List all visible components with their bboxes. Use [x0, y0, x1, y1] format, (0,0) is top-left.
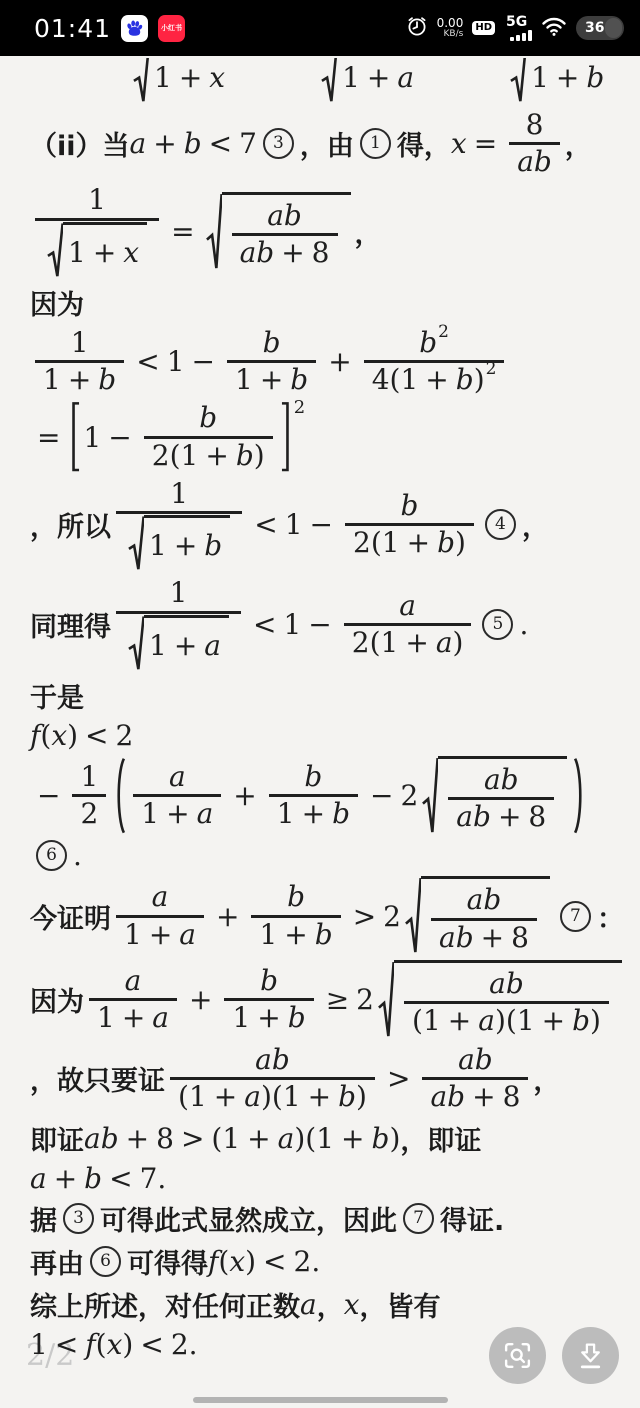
circled-number-3: 3: [63, 1203, 94, 1234]
formula-line: ，所以11+b<1−b2(1+b)4，: [0, 477, 640, 573]
network-speed: 0.00 KB/s: [437, 17, 464, 39]
math-expression: −: [30, 779, 67, 812]
math-expression: 1+a: [97, 1002, 169, 1034]
text-run: 可得得: [127, 1242, 208, 1281]
denominator: 2: [72, 794, 106, 831]
denominator: 2(1+b): [144, 436, 273, 473]
radical-sign: [510, 58, 526, 103]
circled-number-7: 7: [403, 1203, 434, 1234]
fraction: abab+8: [431, 883, 537, 954]
math-expression: .: [73, 839, 82, 872]
square-root: abab+8: [206, 192, 351, 271]
fraction: b1+b: [251, 880, 340, 951]
numerator: ab: [476, 763, 527, 797]
text-run: ：: [597, 897, 624, 936]
alarm-icon: [406, 15, 428, 41]
numerator: ab: [459, 883, 510, 917]
fraction: a1+a: [116, 880, 204, 951]
formula-line: （ii）当a+b<73，由1得，x=8ab，: [0, 108, 640, 179]
cellular-signal: 5G: [504, 15, 532, 41]
square-root: 1+a: [128, 615, 229, 671]
math-expression: .: [519, 608, 528, 641]
math-expression: 1+b: [531, 62, 604, 94]
paren-group: a1+a+b1+b−2abab+8: [114, 756, 585, 835]
denominator: ab: [509, 142, 560, 179]
denominator: ab+8: [232, 233, 338, 270]
math-expression: ab+8: [439, 922, 529, 954]
math-expression: ab: [255, 1044, 290, 1076]
text-run: 综上所述，对任何正数: [30, 1285, 300, 1324]
math-expression: <1−: [246, 608, 339, 641]
math-expression: a: [125, 965, 142, 997]
denominator: 1+b: [251, 915, 340, 952]
numerator: 8: [518, 108, 552, 142]
denominator: 1+b: [227, 360, 316, 397]
math-expression: a+b<7.: [30, 1162, 166, 1195]
math-expression: a+b<7: [130, 127, 257, 160]
document-image-area[interactable]: 2/2 11+x11+a11+b（ii）当a+b<73，由1得，x=8ab，11…: [0, 56, 640, 1408]
math-expression: ab+8>(1+a)(1+b): [84, 1122, 400, 1155]
math-expression: a: [152, 881, 169, 913]
numerator: b: [252, 964, 286, 998]
status-bar-left: 01:41 小红书: [0, 14, 185, 43]
numerator: 1: [80, 183, 114, 217]
fraction: 12: [72, 760, 106, 831]
radical-sign: [128, 515, 144, 571]
math-expression: ab: [517, 146, 552, 178]
math-expression: f(x)<2: [30, 719, 133, 752]
battery-level-cap: [605, 18, 622, 38]
math-expression: ab: [458, 1044, 493, 1076]
radicand: 1+x: [149, 58, 233, 103]
denominator: 2(1+b): [345, 523, 474, 560]
numerator: 1: [63, 326, 97, 360]
exponent: 2: [486, 360, 497, 380]
math-expression: b: [419, 327, 437, 359]
phone-screen: 01:41 小红书: [0, 0, 640, 1408]
math-expression: b: [401, 490, 419, 522]
math-expression: (1+a)(1+b): [178, 1081, 367, 1113]
math-expression: b: [287, 881, 305, 913]
math-expression: +: [321, 345, 358, 378]
radicand: abab+8: [421, 876, 550, 955]
circled-number-5: 5: [482, 609, 513, 640]
radical-sign: [206, 192, 222, 271]
formula-line: 同理得11+a<1−a2(1+a)5.: [0, 576, 640, 672]
fraction: 11+x: [35, 183, 159, 279]
math-expression: 1: [88, 184, 106, 216]
math-expression: <1−: [247, 508, 340, 541]
baidu-app-icon: [121, 15, 148, 42]
radical-sign: [128, 615, 144, 671]
numerator: 1: [72, 760, 106, 794]
formula-line: 今证明a1+a+b1+b>2abab+87：: [0, 876, 640, 955]
radical-sign: [47, 222, 63, 278]
denominator: 1+b: [224, 998, 313, 1035]
math-expression: 1+b: [277, 798, 350, 830]
formula-line: 11+x=abab+8，: [0, 183, 640, 279]
image-search-button[interactable]: [489, 1327, 546, 1384]
math-expression: x=: [451, 127, 504, 160]
math-expression: 1+b: [149, 530, 222, 562]
square-root: 1+b: [128, 515, 230, 571]
baidu-paw-icon: [125, 19, 144, 38]
math-expression: b: [263, 327, 281, 359]
math-expression: a: [300, 1288, 317, 1321]
xiaohongshu-app-icon: 小红书: [158, 15, 185, 42]
math-expression: 1−: [83, 421, 138, 454]
math-expression: ab: [489, 968, 524, 1000]
battery-percent: 36: [585, 20, 604, 36]
math-expression: 1: [170, 577, 188, 609]
fraction: 11+b: [498, 58, 624, 104]
denominator: 1+x: [121, 58, 245, 104]
math-expression: 1+x: [68, 237, 139, 269]
formula-line: 因为a1+a+b1+b≥2ab(1+a)(1+b): [0, 960, 640, 1039]
radicand: abab+8: [438, 756, 567, 835]
radical-sign: [378, 960, 394, 1039]
status-bar-right: 0.00 KB/s HD 5G 36: [406, 15, 640, 41]
fraction: ab(1+a)(1+b): [170, 1043, 375, 1114]
text-run: 因为: [30, 980, 84, 1019]
home-indicator[interactable]: [193, 1397, 448, 1403]
fraction: ab(1+a)(1+b): [404, 967, 609, 1038]
fraction: b2(1+b): [144, 401, 273, 472]
math-expression: ab+8: [456, 801, 546, 833]
denominator: ab+8: [422, 1077, 528, 1114]
square-root: 1+x: [47, 222, 147, 278]
math-expression: 1+a: [124, 919, 196, 951]
math-expression: 1+a: [141, 798, 213, 830]
formula-line: 据3可得此式显然成立，因此7得证.: [0, 1199, 640, 1238]
formula-line: 因为: [0, 283, 640, 322]
math-expression: >2: [346, 900, 401, 933]
fraction: b24(1+b)2: [364, 326, 505, 397]
text-run: 可得此式显然成立，因此: [100, 1199, 397, 1238]
math-expression: 1+b: [259, 919, 332, 951]
text-run: ，: [522, 505, 549, 544]
formula-line: 综上所述，对任何正数a，x，皆有: [0, 1285, 640, 1324]
circled-number-6: 6: [90, 1246, 121, 1277]
math-expression: 2: [80, 798, 98, 830]
numerator: a: [117, 964, 150, 998]
radicand: 1+b: [526, 58, 612, 103]
formula-line: ，故只要证ab(1+a)(1+b)>abab+8，: [0, 1043, 640, 1114]
text-run: ，: [317, 1285, 344, 1324]
math-expression: 1: [71, 327, 89, 359]
formula-line: 6.: [0, 839, 640, 872]
math-expression: ≥2: [319, 983, 374, 1016]
numerator: a: [391, 589, 424, 623]
math-expression: =: [164, 215, 201, 248]
numerator: b: [255, 326, 289, 360]
radicand: 1+b: [144, 515, 230, 571]
numerator: ab: [247, 1043, 298, 1077]
formula-line: −12a1+a+b1+b−2abab+8: [0, 756, 640, 835]
denominator: 1+a: [309, 58, 434, 104]
radicand: ab(1+a)(1+b): [394, 960, 622, 1039]
math-expression: 2(1+a): [352, 627, 464, 659]
math-expression: 2(1+b): [353, 527, 466, 559]
circled-number-7: 7: [560, 901, 591, 932]
denominator: 2(1+a): [344, 623, 472, 660]
radicand: 1+x: [63, 222, 147, 278]
math-expression: 1+a: [342, 62, 414, 94]
math-expression: a: [399, 590, 416, 622]
fraction: 11+x: [121, 58, 245, 104]
fraction: 8ab: [509, 108, 560, 179]
text-run: 同理得: [30, 605, 111, 644]
math-expression: 1+b: [43, 364, 116, 396]
fraction: b1+b: [227, 326, 316, 397]
denominator: 1+a: [89, 998, 177, 1035]
denominator: ab+8: [448, 797, 554, 834]
square-root: 1+b: [510, 58, 612, 103]
text-run: ，: [533, 1059, 560, 1098]
math-expression: b: [304, 761, 322, 793]
numerator: ab: [450, 1043, 501, 1077]
math-expression: a: [169, 761, 186, 793]
fraction: abab+8: [448, 763, 554, 834]
denominator: ab+8: [431, 918, 537, 955]
math-expression: 1: [80, 761, 98, 793]
math-expression: −2: [363, 779, 418, 812]
text-run: ，: [355, 212, 382, 251]
math-expression: <1−: [129, 345, 222, 378]
math-expression: 1<f(x)<2.: [30, 1328, 198, 1361]
bracket-group: 1−b2(1+b): [70, 401, 290, 472]
math-expression: +: [209, 900, 246, 933]
signal-bars-icon: [510, 30, 532, 41]
math-expression: +: [182, 983, 219, 1016]
math-expression: 1+a: [149, 630, 221, 662]
denominator: 1+a: [116, 915, 204, 952]
circled-number-6: 6: [36, 840, 67, 871]
right-bracket: [280, 401, 291, 472]
square-root: ab(1+a)(1+b): [378, 960, 622, 1039]
square-root: abab+8: [422, 756, 567, 835]
formula-line: f(x)<2: [0, 719, 640, 752]
image-search-icon: [502, 1340, 533, 1371]
fraction: 11+a: [116, 576, 241, 672]
status-bar: 01:41 小红书: [0, 0, 640, 56]
left-bracket: [70, 401, 81, 472]
fraction: b1+b: [269, 760, 358, 831]
radical-sign: [321, 58, 337, 103]
denominator: 1+b: [116, 511, 242, 572]
fraction: 11+b: [35, 326, 124, 397]
circled-number-3: 3: [263, 128, 294, 159]
numerator: ab: [481, 967, 532, 1001]
clock-time: 01:41: [34, 14, 111, 43]
hd-icon: HD: [472, 21, 495, 35]
text-run: ，由: [300, 124, 354, 163]
denominator: 1+a: [133, 794, 221, 831]
radical-sign: [422, 756, 438, 835]
math-expression: ab: [267, 200, 302, 232]
math-expression: 1+b: [235, 364, 308, 396]
math-expression: 1+x: [154, 62, 225, 94]
numerator: b: [393, 489, 427, 523]
formula-line: 再由6可得得f(x)<2.: [0, 1242, 640, 1281]
radicand: 1+a: [144, 615, 229, 671]
formula-line: =1−b2(1+b)2: [0, 401, 640, 472]
network-type-label: 5G: [506, 15, 527, 29]
math-expression: 8: [526, 109, 544, 141]
math-expression: ab+8: [430, 1081, 520, 1113]
math-expression: +: [226, 779, 263, 812]
math-expression: (1+a)(1+b): [412, 1005, 601, 1037]
circled-number-4: 4: [485, 509, 516, 540]
math-expression: 2(1+b): [152, 440, 265, 472]
fraction: 11+a: [309, 58, 434, 104]
text-run: ，皆有: [360, 1285, 441, 1324]
square-root: 1+a: [321, 58, 422, 103]
denominator: 1+b: [498, 58, 624, 104]
numerator: ab: [259, 199, 310, 233]
download-icon: [575, 1340, 606, 1371]
paren-content: a1+a+b1+b−2abab+8: [126, 756, 573, 835]
denominator: 1+b: [35, 360, 124, 397]
numerator: b: [191, 401, 225, 435]
denominator: 1+x: [35, 218, 159, 279]
fraction: abab+8: [422, 1043, 528, 1114]
exponent: 2: [294, 397, 305, 418]
fraction: 11+b: [116, 477, 242, 573]
math-expression: ab: [467, 884, 502, 916]
numerator: b2: [411, 326, 457, 360]
math-expression: b: [260, 965, 278, 997]
fraction: a1+a: [133, 760, 221, 831]
battery-icon: 36: [576, 16, 624, 40]
math-expression: 4(1+b): [372, 364, 485, 396]
xiaohongshu-label: 小红书: [161, 23, 182, 33]
math-expression: b: [199, 402, 217, 434]
formula-line: a+b<7.: [0, 1162, 640, 1195]
fraction: b2(1+b): [345, 489, 474, 560]
text-run: 据: [30, 1199, 57, 1238]
fraction: abab+8: [232, 199, 338, 270]
radicand: 1+a: [337, 58, 422, 103]
numerator: 1: [162, 576, 196, 610]
radical-sign: [405, 876, 421, 955]
left-paren: [114, 756, 126, 835]
math-expression: x: [344, 1288, 360, 1321]
bracket-content: 1−b2(1+b): [81, 401, 279, 472]
denominator: (1+a)(1+b): [170, 1077, 375, 1114]
text-run: 再由: [30, 1242, 84, 1281]
square-root: abab+8: [405, 876, 550, 955]
denominator: 1+a: [116, 611, 241, 672]
denominator: (1+a)(1+b): [404, 1001, 609, 1038]
text-run: 即证: [30, 1119, 84, 1158]
radicand: abab+8: [222, 192, 351, 271]
exponent: 2: [438, 323, 449, 343]
text-run: 于是: [30, 676, 84, 715]
math-expression: ab+8: [240, 237, 330, 269]
denominator: 4(1+b)2: [364, 360, 505, 397]
math-expression: 1+b: [232, 1002, 305, 1034]
text-run: （ii）当: [30, 124, 130, 163]
text-run: ，: [565, 124, 592, 163]
numerator: a: [161, 760, 194, 794]
math-expression: >: [380, 1062, 417, 1095]
denominator: 1+b: [269, 794, 358, 831]
math-expression: ab: [484, 764, 519, 796]
math-expression: f(x)<2.: [208, 1245, 320, 1278]
right-paren: [573, 756, 585, 835]
numerator: b: [296, 760, 330, 794]
numerator: a: [144, 880, 177, 914]
text-run: ，所以: [30, 505, 111, 544]
text-run: 今证明: [30, 897, 111, 936]
fraction: a1+a: [89, 964, 177, 1035]
download-button[interactable]: [562, 1327, 619, 1384]
formula-line-partial: 11+x11+a11+b: [0, 58, 640, 104]
text-run: 因为: [30, 283, 84, 322]
text-run: 得，: [397, 124, 451, 163]
fraction: b1+b: [224, 964, 313, 1035]
fraction: a2(1+a): [344, 589, 472, 660]
text-run: 得证.: [440, 1199, 504, 1238]
formula-line: 于是: [0, 676, 640, 715]
text-run: ，故只要证: [30, 1059, 165, 1098]
network-speed-unit: KB/s: [444, 30, 464, 39]
numerator: b: [279, 880, 313, 914]
numerator: 1: [162, 477, 196, 511]
text-run: ，即证: [400, 1119, 481, 1158]
radical-sign: [133, 58, 149, 103]
formula-line: 即证ab+8>(1+a)(1+b)，即证: [0, 1119, 640, 1158]
formula-line: 11+b<1−b1+b+b24(1+b)2: [0, 326, 640, 397]
square-root: 1+x: [133, 58, 233, 103]
network-speed-value: 0.00: [437, 17, 464, 30]
math-expression: =: [30, 421, 67, 454]
math-expression: 1: [170, 478, 188, 510]
wifi-icon: [541, 16, 567, 41]
circled-number-1: 1: [360, 128, 391, 159]
